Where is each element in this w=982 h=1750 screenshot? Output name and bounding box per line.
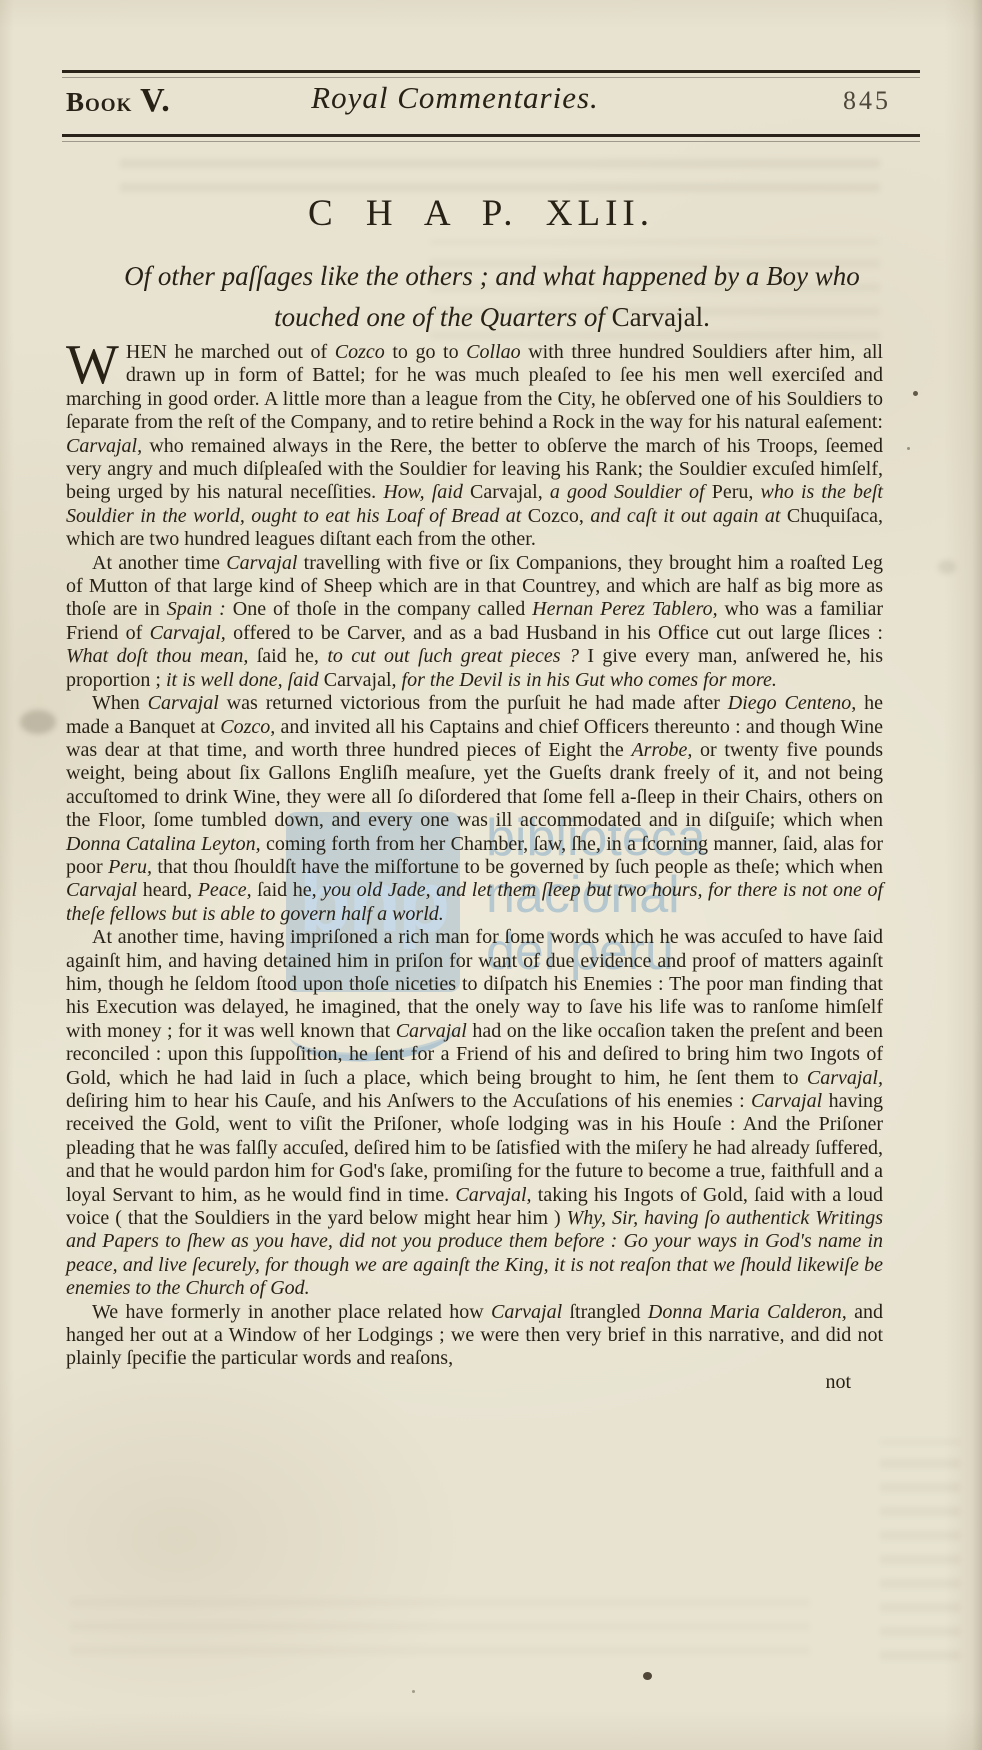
text-segment: it is well done, ſaid [166,669,324,691]
paragraph: When Carvajal was returned victorious fr… [66,692,883,926]
text-segment: Peru, [108,856,152,878]
text-segment: Carvajal, [150,622,226,644]
text-segment: Carvajal, [324,669,402,691]
header-rule-bottom-faint [62,141,920,142]
text-segment: Carvajal [491,1301,562,1323]
ink-speck [907,447,910,450]
catchword: not [66,1371,883,1394]
paragraph: At another time Carvajal travelling with… [66,552,883,692]
header-rule-top [62,70,920,73]
text-segment: a good Souldier of [550,481,712,503]
text-segment: offered to be Carver, and as a bad Husba… [226,622,883,644]
text-segment: Diego Centeno, [728,692,856,714]
text-segment: Carvajal, [807,1067,883,1089]
text-segment: and caſt it out again at [590,505,787,527]
text-segment: One of thoſe in the company called [226,598,532,620]
running-title: Royal Commentaries. [0,80,946,116]
text-segment: Cozco, [528,505,591,527]
text-segment: Carvajal. [612,302,710,332]
text-segment: which are two hundred leagues diſtant ea… [66,528,536,550]
text-segment: Donna Catalina Leyton, [66,833,261,855]
showthrough-smudge [120,146,880,192]
text-segment: Spain : [167,598,226,620]
text-segment: We have formerly in another place relate… [92,1301,491,1323]
text-segment: Arrobe, [631,739,692,761]
ink-speck [412,1690,415,1693]
text-segment: Cozco, [220,716,275,738]
text-segment: Chuquiſaca, [787,505,883,527]
text-segment: Carvajal, [455,1184,531,1206]
text-segment: Carvajal [751,1090,822,1112]
text-segment: What doſt thou mean, [66,645,248,667]
text-segment: Collao [466,341,520,363]
text-segment: heard, [137,879,198,901]
margin-smudge [938,560,956,574]
text-segment: to go to [385,341,466,363]
chapter-argument: Of other paſſages like the others ; and … [111,256,873,338]
header-rule-top-faint [62,77,920,78]
text-segment: ſaid he, [248,645,327,667]
text-segment: Cozco [335,341,385,363]
text-segment: for the Devil is in his Gut who comes fo… [402,669,777,691]
text-segment: Carvajal [396,1020,467,1042]
text-segment: Carvajal [148,692,219,714]
page-number: 845 [843,86,891,116]
text-segment: Carvajal [226,552,297,574]
text-segment: Peru, [712,481,761,503]
body-text: WHEN he marched out of Cozco to go to Co… [66,341,883,1394]
text-segment: When [92,692,148,714]
paragraph: WHEN he marched out of Cozco to go to Co… [66,341,883,552]
text-segment: Donna Maria Calderon, [648,1301,847,1323]
text-segment: that thou ſhouldſt have the miſfortune t… [152,856,883,878]
text-segment: HEN he marched out of [126,341,335,363]
showthrough-smudge [880,1440,960,1660]
text-segment: ſaid he, [252,879,323,901]
text-segment: At another time [92,552,226,574]
text-segment: ſtrangled [562,1301,648,1323]
text-segment: Carvajal [66,879,137,901]
text-segment: was returned victorious from the purſuit… [219,692,728,714]
paragraph: We have formerly in another place relate… [66,1301,883,1371]
showthrough-smudge [70,1595,810,1655]
text-segment: Hernan Perez Tablero, [532,598,717,620]
text-segment: Of other paſſages like the others ; and … [124,261,860,332]
paragraph: At another time, having impriſoned a ric… [66,926,883,1301]
ink-speck [913,391,918,396]
chapter-heading: C H A P. XLII. [0,192,972,235]
text-segment: How, ſaid [383,481,470,503]
book-page: bnp biblioteca nacional del peru Book V.… [0,0,982,1750]
ink-speck [643,1672,652,1680]
drop-cap: W [66,341,126,387]
text-segment: Carvajal, [66,435,142,457]
text-segment: Peace, [198,879,252,901]
header-rule-bottom [62,134,920,137]
text-segment: to cut out ſuch great pieces ? [327,645,579,667]
text-segment: deſiring him to hear his Cauſe, and his … [66,1090,751,1112]
text-segment: Carvajal, [470,481,550,503]
margin-smudge [20,710,56,734]
